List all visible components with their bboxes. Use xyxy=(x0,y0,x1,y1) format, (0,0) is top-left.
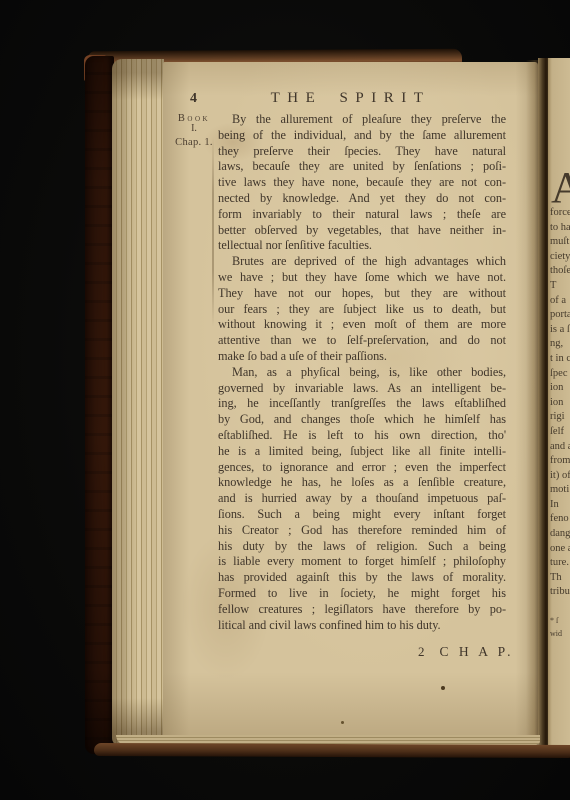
text-fragment: tribu xyxy=(550,585,570,600)
text-line: make ſo bad a uſe of their paſſions. xyxy=(218,349,506,365)
page-gap-crease xyxy=(538,58,548,748)
text-line: being of the individual, and by the ſame… xyxy=(218,128,506,144)
text-fragment: * ſ xyxy=(550,614,562,627)
text-line: his duty by the laws of religion. Such a… xyxy=(218,539,506,555)
text-line: they preſerve their ſpecies. They have n… xyxy=(218,144,506,160)
text-block: By the allurement of pleaſure they preſe… xyxy=(218,112,506,633)
book-page: 4 THE SPIRIT Book I. Chap. 1. By the all… xyxy=(163,62,538,740)
catchword: C H A P. xyxy=(439,644,514,660)
margin-note-book-number: I. xyxy=(169,123,219,134)
text-line: has provided againſt this by the laws of… xyxy=(218,570,506,586)
text-line: we have ; but they have ſome which we ha… xyxy=(218,270,506,286)
text-fragment: muſt xyxy=(550,235,570,250)
text-line: better obſerved by vegetables, that have… xyxy=(218,223,506,239)
book-spine xyxy=(85,56,114,754)
paragraph: By the allurement of pleaſure they preſe… xyxy=(218,112,506,254)
text-fragment: to ha xyxy=(550,221,570,236)
text-fragment: ciety xyxy=(550,250,570,265)
text-fragment: feno xyxy=(550,512,570,527)
signature-mark: 2 xyxy=(418,644,425,660)
text-fragment: ture. xyxy=(550,556,570,571)
paragraph: Man, as a phyſical being, is, like other… xyxy=(218,365,506,634)
text-fragment: of a xyxy=(550,294,570,309)
text-fragment: wid xyxy=(550,627,562,640)
text-line: governed by invariable laws. As an intel… xyxy=(218,381,506,397)
text-fragment: ſelf xyxy=(550,425,570,440)
book-scan-photo: 4 THE SPIRIT Book I. Chap. 1. By the all… xyxy=(0,0,570,800)
text-line: ſions. Such a being might every inſtant … xyxy=(218,507,506,523)
text-fragment: ion xyxy=(550,396,570,411)
text-line: By the allurement of pleaſure they preſe… xyxy=(218,112,506,128)
text-fragment: porta xyxy=(550,308,570,323)
text-line: nected by knowledge. And yet they do not… xyxy=(218,191,506,207)
text-line: knowledge he has, he loſes as a ſenſible… xyxy=(218,475,506,491)
text-line: tellectual nor ſenſitive faculties. xyxy=(218,238,506,254)
text-fragment: from xyxy=(550,454,570,469)
text-fragment: T xyxy=(550,279,570,294)
page-fore-edge-shadow xyxy=(526,60,538,742)
text-line: fellow creatures ; legiſlators have ther… xyxy=(218,602,506,618)
text-line: ing, he inceſſantly tranſgreſſes the law… xyxy=(218,396,506,412)
paper-speck xyxy=(441,686,445,690)
text-fragment: t in c xyxy=(550,352,570,367)
next-page-drop-cap: A xyxy=(551,166,570,210)
next-page-text-fragments: forceto hamuſtcietythoſeTof aportais a ſ… xyxy=(550,206,570,600)
text-line: They have not our hopes, but they are wi… xyxy=(218,286,506,302)
text-line: eſtabliſhed. He is left to his own direc… xyxy=(218,428,506,444)
text-line: Man, as a phyſical being, is, like other… xyxy=(218,365,506,381)
text-line: by God, and changes thoſe which he himſe… xyxy=(218,412,506,428)
text-line: he is a limited being, ſubject like all … xyxy=(218,444,506,460)
text-line: tive laws they have none, becauſe they a… xyxy=(218,175,506,191)
text-fragment: it) of xyxy=(550,469,570,484)
text-line: his Creator ; God has therefore reminded… xyxy=(218,523,506,539)
next-page-footnote-fragments: * ſwid xyxy=(550,614,562,640)
text-fragment: moti xyxy=(550,483,570,498)
margin-note: Book I. Chap. 1. xyxy=(169,113,219,148)
running-title: THE SPIRIT xyxy=(163,90,538,107)
text-line: and is hurried away by a thouſand impetu… xyxy=(218,491,506,507)
text-fragment: force xyxy=(550,206,570,221)
paper-speck xyxy=(341,721,344,724)
text-fragment: ion xyxy=(550,381,570,396)
margin-note-chapter: Chap. 1. xyxy=(169,137,219,148)
text-line: Formed to live in ſociety, he might forg… xyxy=(218,586,506,602)
text-line: litical and civil laws confined him to h… xyxy=(218,618,506,634)
text-line: our fears ; they are ſubject like us to … xyxy=(218,302,506,318)
book-bottom-leather-edge xyxy=(94,743,570,758)
text-fragment: is a ſ xyxy=(550,323,570,338)
text-fragment: dang xyxy=(550,527,570,542)
text-fragment: In xyxy=(550,498,570,513)
text-line: without knowing it ; even moſt of them a… xyxy=(218,317,506,333)
left-page-edge-stack xyxy=(112,59,164,746)
paragraph: Brutes are deprived of the high advantag… xyxy=(218,254,506,365)
text-fragment: ng, xyxy=(550,337,570,352)
text-fragment: rigi xyxy=(550,410,570,425)
text-fragment: and a xyxy=(550,440,570,455)
text-line: is liable every moment to forget himſelf… xyxy=(218,554,506,570)
text-line: gences, to ignorance and error ; even th… xyxy=(218,460,506,476)
text-fragment: thoſe xyxy=(550,264,570,279)
text-line: form invariably to their natural laws ; … xyxy=(218,207,506,223)
text-fragment: one a xyxy=(550,542,570,557)
paper-crease xyxy=(212,137,214,327)
text-line: laws, becauſe they are united by ſenſati… xyxy=(218,159,506,175)
text-fragment: Th xyxy=(550,571,570,586)
next-page-sliver: A forceto hamuſtcietythoſeTof aportais a… xyxy=(548,58,570,752)
text-fragment: ſpec xyxy=(550,367,570,382)
text-line: attentive than we to ſelf-preſervation, … xyxy=(218,333,506,349)
text-line: Brutes are deprived of the high advantag… xyxy=(218,254,506,270)
page-footer: 2 C H A P. xyxy=(218,644,514,662)
